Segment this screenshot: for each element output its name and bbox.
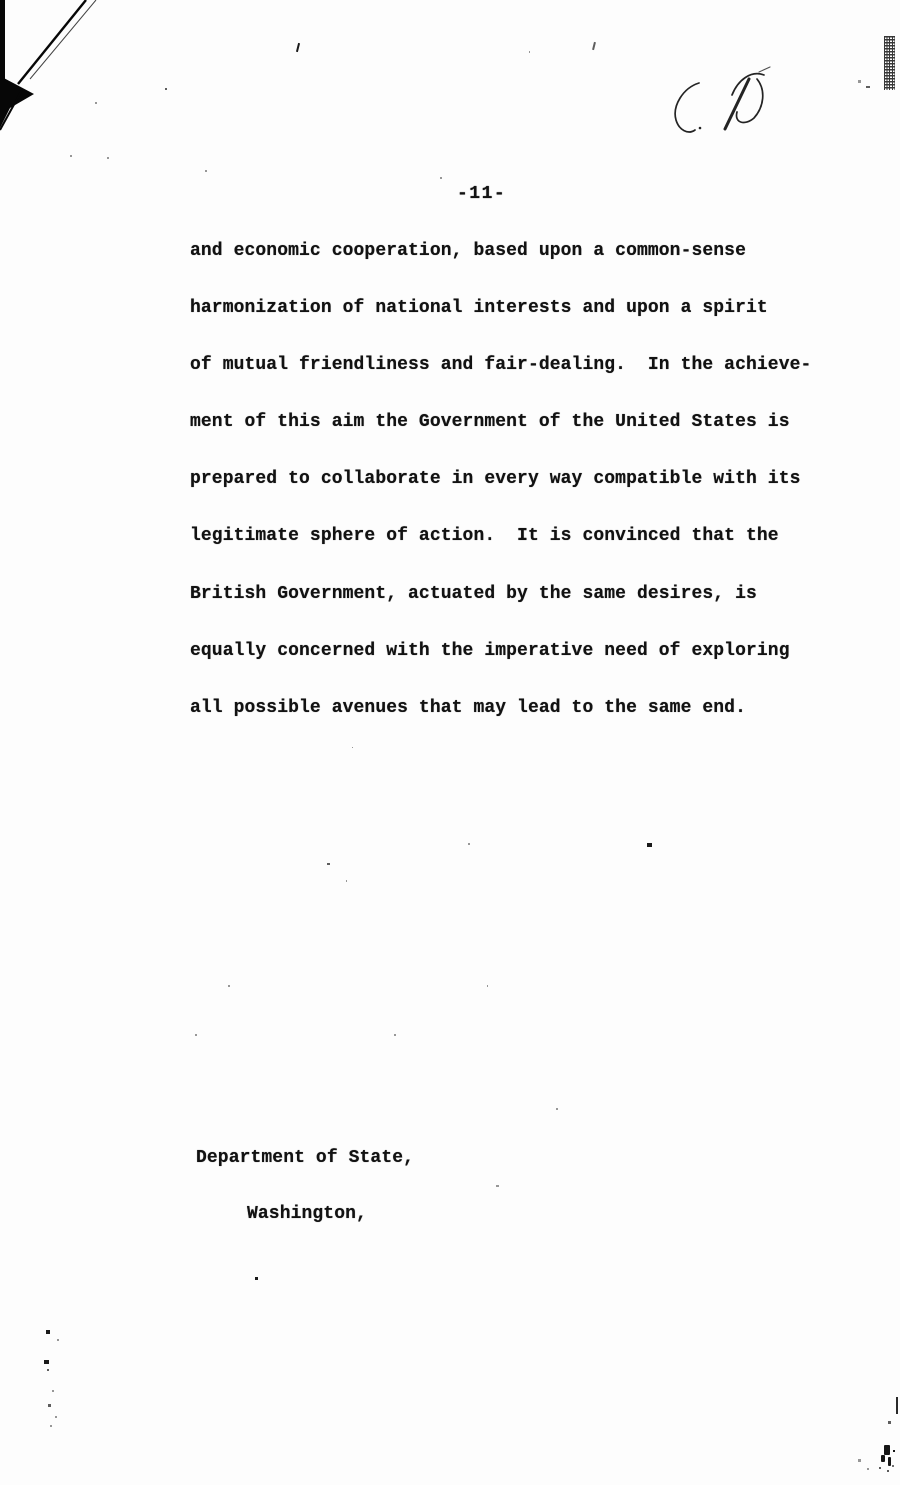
scan-speck	[50, 1425, 52, 1427]
closing-city: Washington,	[247, 1204, 367, 1224]
scan-speck	[48, 1404, 51, 1407]
body-line-5: prepared to collaborate in every way com…	[190, 469, 801, 489]
handwritten-mark	[666, 62, 778, 148]
scan-speck	[44, 1360, 49, 1364]
scan-speck	[556, 1108, 558, 1110]
scan-speck	[205, 170, 207, 172]
body-line-6: legitimate sphere of action. It is convi…	[190, 526, 779, 546]
scan-speck	[255, 1277, 258, 1280]
scan-speck	[296, 43, 300, 52]
scan-speck	[858, 80, 861, 83]
body-line-8: equally concerned with the imperative ne…	[190, 641, 790, 661]
scan-speck	[468, 843, 470, 845]
scan-speck	[55, 1416, 57, 1418]
scan-speck	[46, 1330, 50, 1334]
closing-department: Department of State,	[196, 1148, 414, 1168]
scan-speck	[95, 102, 97, 104]
scan-speck	[858, 1459, 861, 1462]
body-line-9: all possible avenues that may lead to th…	[190, 698, 746, 718]
edge-line-artifact	[896, 1397, 898, 1414]
edge-stamp-artifact	[884, 36, 895, 90]
scan-speck	[352, 747, 353, 748]
scan-speck	[487, 985, 488, 987]
scan-speck	[394, 1034, 396, 1036]
body-line-4: ment of this aim the Government of the U…	[190, 412, 790, 432]
scan-speck	[592, 42, 596, 50]
ink-blob-artifact	[879, 1443, 900, 1477]
scan-speck	[47, 1369, 49, 1371]
page-number: -11-	[457, 184, 506, 204]
scan-speck	[327, 863, 330, 865]
scan-speck	[228, 985, 230, 987]
scan-speck	[346, 880, 347, 882]
scan-speck	[57, 1339, 59, 1341]
scan-speck	[888, 1421, 891, 1424]
scan-speck	[440, 177, 442, 179]
body-line-1: and economic cooperation, based upon a c…	[190, 241, 746, 261]
document-page: -11- and economic cooperation, based upo…	[0, 0, 900, 1485]
scan-speck	[107, 157, 109, 159]
scan-speck	[647, 843, 652, 847]
scan-speck	[529, 51, 530, 53]
scan-speck	[867, 1468, 869, 1470]
scan-speck	[496, 1185, 499, 1187]
body-line-3: of mutual friendliness and fair-dealing.…	[190, 355, 811, 375]
scan-speck	[70, 155, 72, 157]
corner-fold-artifact	[0, 0, 135, 165]
body-line-7: British Government, actuated by the same…	[190, 584, 757, 604]
scan-speck	[52, 1390, 54, 1392]
scan-speck	[165, 88, 167, 90]
body-line-2: harmonization of national interests and …	[190, 298, 768, 318]
scan-speck	[195, 1034, 197, 1036]
scan-speck	[866, 86, 870, 88]
